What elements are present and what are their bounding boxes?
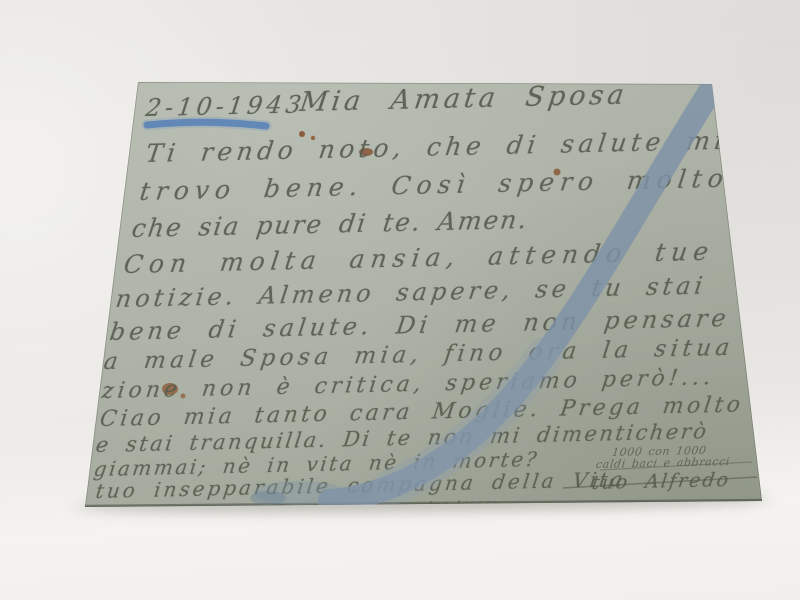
salutation-text: Mia Amata Sposa bbox=[298, 80, 630, 119]
handwriting-line: che sia pure di te. Amen. bbox=[130, 205, 530, 243]
handwriting-line: Ti rendo noto, che di salute mi bbox=[144, 126, 729, 168]
photo-of-postcard: 2-10-1943 Mia Amata Sposa Ti rendo noto,… bbox=[0, 0, 800, 600]
date-underline-blue-pencil bbox=[147, 122, 266, 126]
date-text: 2-10-1943 bbox=[144, 90, 307, 122]
date-underline-halo bbox=[147, 122, 266, 126]
signature-text: tuo Alfredo bbox=[591, 469, 732, 494]
handwriting-line: trovo bene. Così spero molto bbox=[138, 164, 731, 206]
